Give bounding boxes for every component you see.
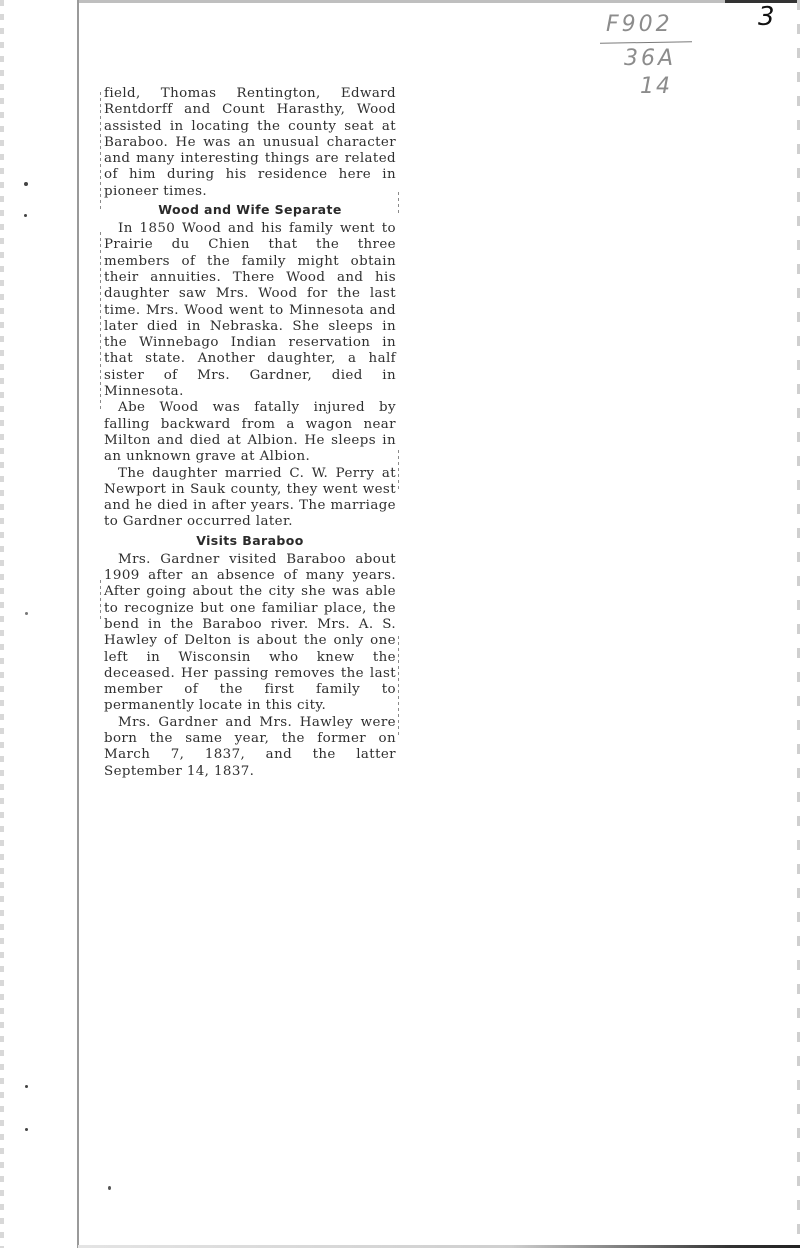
article-paragraph: Mrs. Gardner and Mrs. Hawley were born t… [104,715,396,780]
margin-speck [108,1186,111,1190]
margin-speck [25,612,28,615]
scan-edge-left [0,0,4,1248]
clipping-edge-left [100,580,101,620]
page-number: 3 [758,2,775,32]
section-heading-visits-baraboo: Visits Baraboo [104,533,396,549]
article-paragraph: In 1850 Wood and his family went to Prai… [104,221,396,400]
section-heading-wood-and-wife-separate: Wood and Wife Separate [104,202,396,218]
article-paragraph: Mrs. Gardner visited Baraboo about 1909 … [104,552,396,715]
margin-speck [25,1128,28,1131]
intro-paragraph: field, Thomas Rentington, Edward Rentdor… [104,86,396,200]
margin-speck [25,1085,28,1088]
clipping-edge-left [100,92,101,212]
clipping-edge-right [398,450,399,490]
article-paragraph: Abe Wood was fatally injured by falling … [104,400,396,465]
clipping-edge-right [398,636,399,736]
page-fold-line [77,0,79,1248]
margin-speck [24,214,27,217]
margin-speck [24,182,28,186]
clipping-edge-left [100,232,101,412]
handwritten-divider [600,41,692,44]
handwritten-sub-code: 36A [624,46,676,71]
newspaper-clipping: field, Thomas Rentington, Edward Rentdor… [104,86,396,780]
handwritten-catalog-code: F902 [606,12,673,37]
article-paragraph: The daughter married C. W. Perry at Newp… [104,466,396,531]
scan-edge-top [78,0,800,3]
clipping-edge-right [398,192,399,214]
handwritten-number: 14 [640,74,672,99]
